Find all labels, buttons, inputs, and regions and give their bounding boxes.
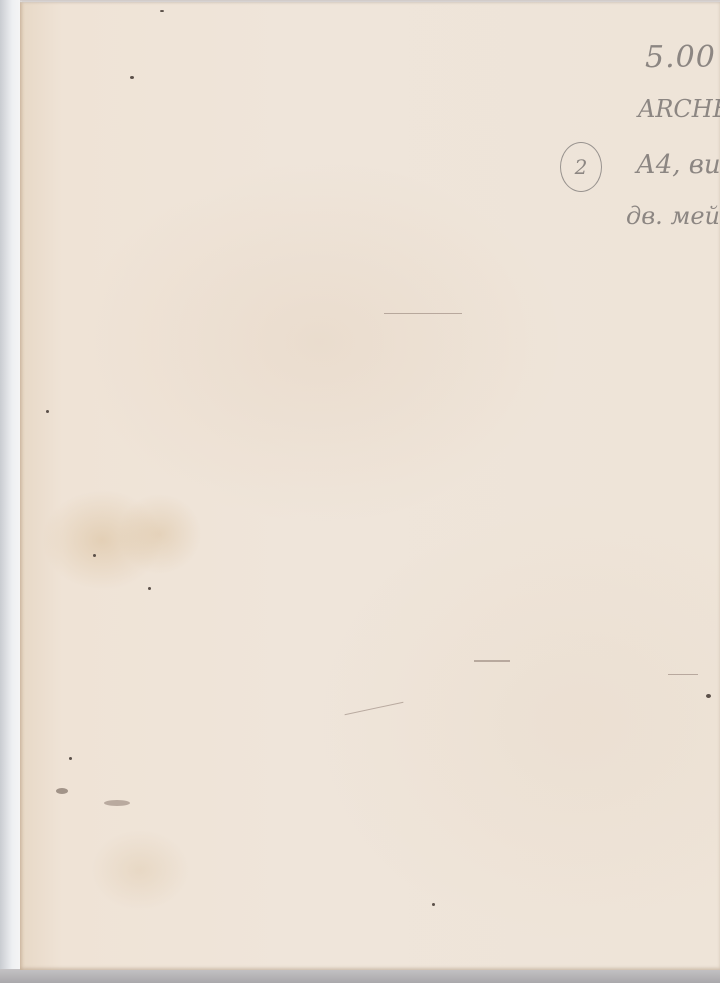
paper-speck [706, 694, 711, 698]
paper-speck [46, 410, 49, 413]
paper-speck [432, 903, 435, 906]
paper-speck [104, 800, 130, 806]
paper-scuff [384, 313, 462, 314]
paper-top-edge [20, 0, 720, 4]
paper-speck [69, 757, 72, 760]
paper-speck [160, 10, 164, 12]
paper-scuff [474, 660, 510, 662]
paper-scuff [668, 674, 698, 675]
handwritten-format-line-2: дв. мей [626, 202, 720, 230]
paper-sheet [20, 2, 720, 970]
handwritten-title: ARCHE [638, 95, 720, 123]
handwritten-price: 5.00 [645, 40, 716, 75]
scanner-background-left [0, 0, 22, 983]
handwritten-circled-number: 2 [560, 142, 602, 192]
scanner-background-bottom [0, 969, 720, 983]
paper-speck [148, 587, 151, 590]
paper-speck [56, 788, 68, 794]
paper-speck [130, 76, 134, 79]
paper-speck [93, 554, 96, 557]
handwritten-format-line-1: А4, вид [636, 150, 720, 180]
